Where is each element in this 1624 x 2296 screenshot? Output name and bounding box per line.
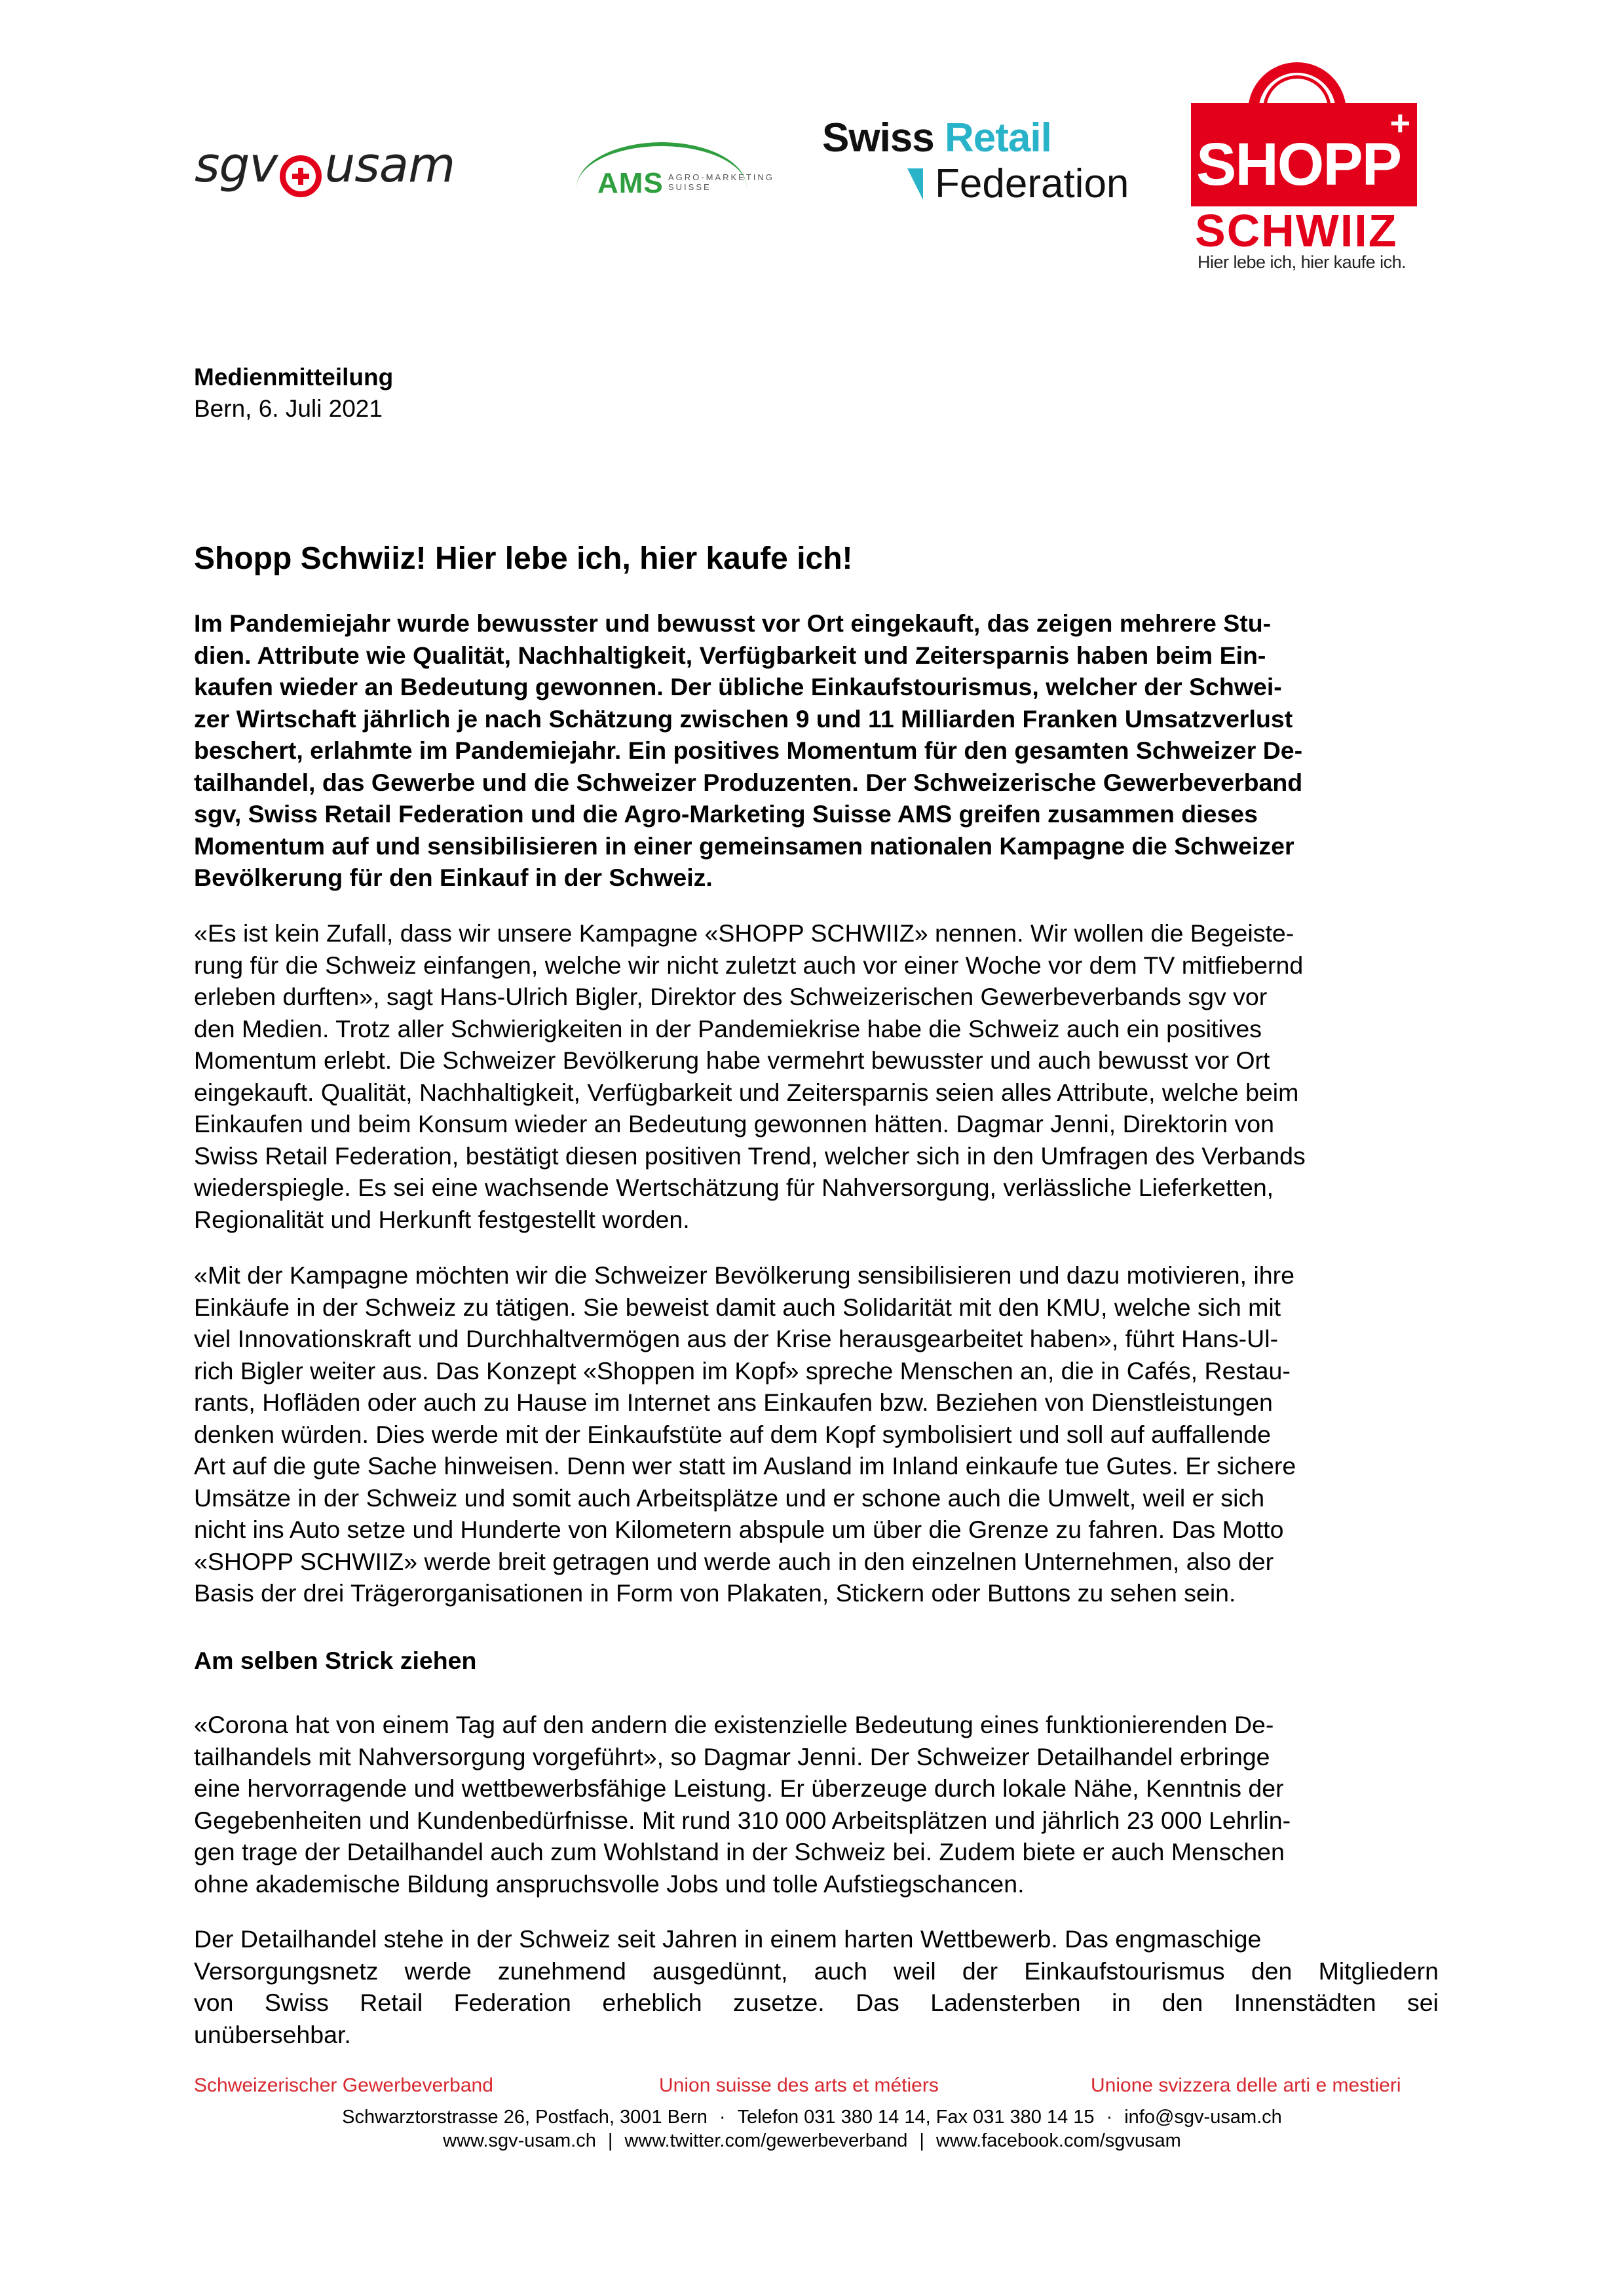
text-line: den Medien. Trotz aller Schwierigkeiten … [194,1013,1439,1045]
srf-federation: Federation [935,161,1129,207]
text-line: wiederspiegle. Es sei eine wachsende Wer… [194,1172,1439,1204]
footer-phone: Telefon 031 380 14 14, Fax 031 380 14 15 [738,2107,1095,2128]
text-line: «Corona hat von einem Tag auf den andern… [194,1709,1439,1741]
paragraph-text: «Mit der Kampagne möchten wir die Schwei… [194,1259,1439,1609]
text-line: viel Innovationskraft und Durchhaltvermö… [194,1323,1439,1355]
srf-retail: Retail [945,115,1051,161]
separator-dot: · [708,2107,738,2128]
ams-abbr: AMS [597,167,664,200]
text-line: Swiss Retail Federation, bestätigt diese… [194,1140,1439,1172]
swiss-retail-federation-logo: Swiss Retail Federation [822,115,1163,206]
text-line: «Es ist kein Zufall, dass wir unsere Kam… [194,917,1439,949]
ams-line1: AGRO-MARKETING [668,172,774,182]
text-line: Der Detailhandel stehe in der Schweiz se… [194,1923,1439,1955]
shopp-tagline: Hier lebe ich, hier kaufe ich. [1198,252,1406,273]
text-line: eingekauft. Qualität, Nachhaltigkeit, Ve… [194,1077,1439,1109]
text-line: rung für die Schweiz einfangen, welche w… [194,949,1439,982]
text-line: kaufen wieder an Bedeutung gewonnen. Der… [194,671,1439,703]
facebook-link[interactable]: www.facebook.com/sgvusam [936,2130,1181,2151]
dateline: Bern, 6. Juli 2021 [194,393,383,425]
text-line: tailhandels mit Nahversorgung vorgeführt… [194,1741,1439,1773]
text-line: eine hervorragende und wettbewerbsfähige… [194,1772,1439,1805]
shopp-word: SHOPP [1196,132,1393,197]
text-line: Momentum erlebt. Die Schweizer Bevölkeru… [194,1044,1439,1077]
text-line: denken würden. Dies werde mit der Einkau… [194,1419,1439,1451]
separator-dot: · [1095,2107,1125,2128]
text-line: Basis der drei Trägerorganisationen in F… [194,1577,1439,1609]
twitter-link[interactable]: www.twitter.com/gewerbeverband [624,2130,907,2151]
text-line: Versorgungsnetz werde zunehmend ausgedün… [194,1955,1439,1987]
footer-address: Schwarztorstrasse 26, Postfach, 3001 Ber… [342,2107,708,2128]
separator-pipe: | [907,2130,936,2151]
body-paragraph-2: «Mit der Kampagne möchten wir die Schwei… [194,1259,1439,1609]
triangle-icon [907,168,923,200]
text-line: erleben durften», sagt Hans-Ulrich Bigle… [194,981,1439,1013]
text-line: «SHOPP SCHWIIZ» werde breit getragen und… [194,1546,1439,1578]
website-link[interactable]: www.sgv-usam.ch [443,2130,596,2151]
footer-links: www.sgv-usam.ch|www.twitter.com/gewerbev… [0,2130,1624,2152]
text-line: unübersehbar. [194,2019,1439,2051]
srf-line1: Swiss Retail [822,115,1051,161]
text-line: beschert, erlahmte im Pandemiejahr. Ein … [194,735,1439,767]
footer-org-italian: Unione svizzera delle arti e mestieri [1091,2074,1401,2097]
lead-paragraph: Im Pandemiejahr wurde bewusster und bewu… [194,607,1439,894]
body-paragraph-4: Der Detailhandel stehe in der Schweiz se… [194,1923,1439,2050]
paragraph-text: Der Detailhandel stehe in der Schweiz se… [194,1923,1439,2050]
body-paragraph-1: «Es ist kein Zufall, dass wir unsere Kam… [194,917,1439,1235]
swiss-cross-icon [280,155,322,197]
sgv-usam-logo: sgvusam [195,134,509,197]
shopping-bag-icon: + SHOPP [1191,103,1417,206]
text-line: zer Wirtschaft jährlich je nach Schätzun… [194,703,1439,735]
footer-org-french: Union suisse des arts et métiers [659,2074,939,2097]
footer-email-link[interactable]: info@sgv-usam.ch [1124,2107,1282,2128]
body-paragraph-3: «Corona hat von einem Tag auf den andern… [194,1709,1439,1900]
text-line: «Mit der Kampagne möchten wir die Schwei… [194,1259,1439,1291]
text-line: Art auf die gute Sache hinweisen. Denn w… [194,1450,1439,1482]
text-line: Gegebenheiten und Kundenbedürfnisse. Mit… [194,1805,1439,1837]
text-line: rants, Hofläden oder auch zu Hause im In… [194,1387,1439,1419]
text-line: rich Bigler weiter aus. Das Konzept «Sho… [194,1355,1439,1387]
text-line: nicht ins Auto setze und Hunderte von Ki… [194,1514,1439,1546]
paragraph-text: «Es ist kein Zufall, dass wir unsere Kam… [194,917,1439,1235]
text-line: dien. Attribute wie Qualität, Nachhaltig… [194,640,1439,672]
text-line: Einkaufen und beim Konsum wieder an Bede… [194,1108,1439,1140]
sgv-logo-text-left: sgv [195,137,277,193]
sgv-logo-text-right: usam [324,137,455,193]
text-line: Bevölkerung für den Einkauf in der Schwe… [194,862,1439,894]
text-line: sgv, Swiss Retail Federation und die Agr… [194,798,1439,830]
ams-line2: SUISSE [668,182,774,192]
footer-contact: Schwarztorstrasse 26, Postfach, 3001 Ber… [0,2106,1624,2128]
text-line: Einkäufe in der Schweiz zu tätigen. Sie … [194,1291,1439,1324]
text-line: Regionalität und Herkunft festgestellt w… [194,1204,1439,1236]
footer-org-german: Schweizerischer Gewerbeverband [194,2074,493,2097]
srf-swiss: Swiss [822,115,934,161]
ams-logo: AMS AGRO-MARKETING SUISSE [563,134,780,206]
text-line: tailhandel, das Gewerbe und die Schweize… [194,767,1439,799]
separator-pipe: | [596,2130,625,2151]
text-line: Umsätze in der Schweiz und somit auch Ar… [194,1482,1439,1514]
lead-text: Im Pandemiejahr wurde bewusster und bewu… [194,607,1439,894]
text-line: von Swiss Retail Federation erheblich zu… [194,1987,1439,2019]
text-line: ohne akademische Bildung anspruchsvolle … [194,1868,1439,1900]
text-line: Momentum auf und sensibilisieren in eine… [194,830,1439,862]
text-line: Im Pandemiejahr wurde bewusster und bewu… [194,607,1439,640]
ams-fullname: AGRO-MARKETING SUISSE [668,172,774,192]
paragraph-text: «Corona hat von einem Tag auf den andern… [194,1709,1439,1900]
shopp-schwiiz-logo: + SHOPP SCHWIIZ Hier lebe ich, hier kauf… [1186,62,1422,272]
page-title: Shopp Schwiiz! Hier lebe ich, hier kaufe… [194,539,853,579]
schwiiz-word: SCHWIIZ [1195,208,1398,254]
section-heading: Am selben Strick ziehen [194,1645,476,1676]
document-type-label: Medienmitteilung [194,362,393,393]
text-line: gen trage der Detailhandel auch zum Wohl… [194,1836,1439,1868]
